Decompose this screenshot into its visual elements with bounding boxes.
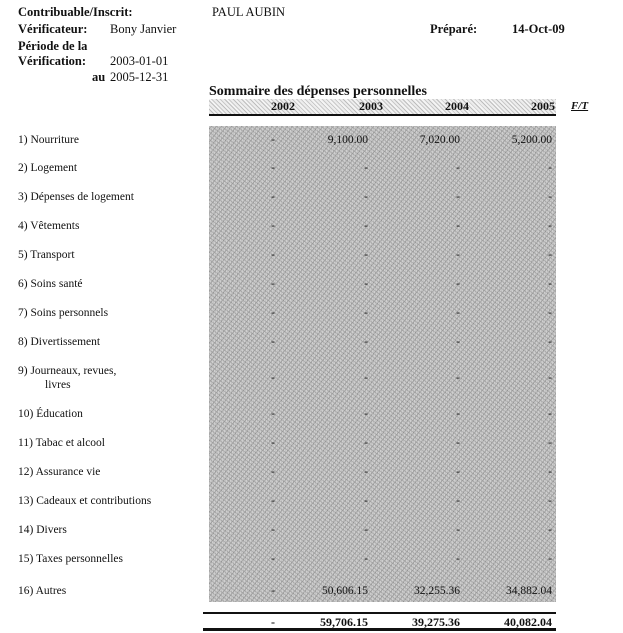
row-value: 50,606.15 (288, 584, 368, 598)
year-header-2005: 2005 (475, 99, 555, 114)
auditor-value: Bony Janvier (110, 22, 176, 37)
row-value: - (380, 552, 460, 566)
row-value: - (288, 552, 368, 566)
row-value: - (472, 407, 552, 421)
row-value: 34,882.04 (472, 584, 552, 598)
row-value: - (380, 248, 460, 262)
row-value: - (195, 371, 275, 385)
total-top-rule (203, 612, 556, 614)
row-label-line2: livres (45, 378, 71, 392)
table-title: Sommaire des dépenses personnelles (209, 84, 427, 100)
row-label: 10) Éducation (18, 407, 83, 421)
row-value: - (472, 465, 552, 479)
period-to-prefix: au (92, 70, 105, 85)
period-from: 2003-01-01 (110, 54, 168, 69)
row-value: - (195, 494, 275, 508)
row-value: 32,255.36 (380, 584, 460, 598)
row-value: - (380, 161, 460, 175)
row-value: - (288, 306, 368, 320)
row-label: 5) Transport (18, 248, 75, 262)
auditor-label: Vérificateur: (18, 22, 87, 37)
row-value: - (288, 190, 368, 204)
row-value: - (288, 161, 368, 175)
row-value: - (195, 248, 275, 262)
row-value: - (472, 523, 552, 537)
row-value: 5,200.00 (472, 133, 552, 147)
row-label: 15) Taxes personnelles (18, 552, 123, 566)
ft-label: F/T (571, 100, 588, 112)
row-value: - (288, 494, 368, 508)
row-value: - (472, 335, 552, 349)
year-header-2003: 2003 (303, 99, 383, 114)
row-value: - (472, 190, 552, 204)
row-value: - (195, 277, 275, 291)
row-value: - (380, 335, 460, 349)
row-label: 2) Logement (18, 161, 77, 175)
row-value: - (472, 277, 552, 291)
row-value: - (288, 371, 368, 385)
row-value: - (288, 335, 368, 349)
row-label: 11) Tabac et alcool (18, 436, 105, 450)
row-value: - (195, 436, 275, 450)
year-header-bar: 2002 2003 2004 2005 (209, 99, 556, 116)
row-value: - (195, 552, 275, 566)
row-label: 7) Soins personnels (18, 306, 108, 320)
row-value: - (195, 465, 275, 479)
row-value: - (472, 248, 552, 262)
year-header-2002: 2002 (215, 99, 295, 114)
period-to: 2005-12-31 (110, 70, 168, 85)
year-header-2004: 2004 (389, 99, 469, 114)
row-value: - (195, 407, 275, 421)
row-value: - (288, 248, 368, 262)
row-label: 1) Nourriture (18, 133, 79, 147)
prepared-label: Préparé: (430, 22, 477, 37)
row-value: - (195, 584, 275, 598)
row-label: 8) Divertissement (18, 335, 100, 349)
period-label-2: Vérification: (18, 54, 86, 69)
row-value: - (195, 335, 275, 349)
row-value: - (472, 219, 552, 233)
row-label: 14) Divers (18, 523, 67, 537)
row-label: 4) Vêtements (18, 219, 79, 233)
row-value: - (288, 436, 368, 450)
total-double-rule (203, 628, 556, 631)
row-value: - (472, 306, 552, 320)
row-label: 9) Journeaux, revues, (18, 364, 116, 378)
row-value: - (288, 465, 368, 479)
row-value: - (195, 306, 275, 320)
row-value: - (288, 523, 368, 537)
row-label: 13) Cadeaux et contributions (18, 494, 151, 508)
taxpayer-value: PAUL AUBIN (212, 5, 285, 20)
row-value: - (472, 161, 552, 175)
row-label: 16) Autres (18, 584, 66, 598)
period-label-1: Période de la (18, 39, 87, 54)
taxpayer-label: Contribuable/Inscrit: (18, 5, 133, 20)
row-value: - (380, 407, 460, 421)
row-value: - (380, 306, 460, 320)
row-value: - (288, 219, 368, 233)
row-value: - (472, 436, 552, 450)
row-value: - (195, 190, 275, 204)
row-value: - (288, 407, 368, 421)
row-value: - (195, 161, 275, 175)
prepared-date: 14-Oct-09 (512, 22, 565, 37)
row-value: - (380, 465, 460, 479)
row-value: - (288, 277, 368, 291)
row-label: 3) Dépenses de logement (18, 190, 134, 204)
row-value: - (195, 523, 275, 537)
row-value: - (472, 494, 552, 508)
row-value: - (472, 552, 552, 566)
row-value: 9,100.00 (288, 133, 368, 147)
row-value: - (195, 133, 275, 147)
row-value: - (380, 277, 460, 291)
row-value: - (472, 371, 552, 385)
row-value: - (380, 523, 460, 537)
row-value: - (380, 219, 460, 233)
row-value: 7,020.00 (380, 133, 460, 147)
row-label: 6) Soins santé (18, 277, 83, 291)
row-value: - (195, 219, 275, 233)
row-value: - (380, 190, 460, 204)
row-value: - (380, 494, 460, 508)
row-label: 12) Assurance vie (18, 465, 100, 479)
row-value: - (380, 436, 460, 450)
row-value: - (380, 371, 460, 385)
